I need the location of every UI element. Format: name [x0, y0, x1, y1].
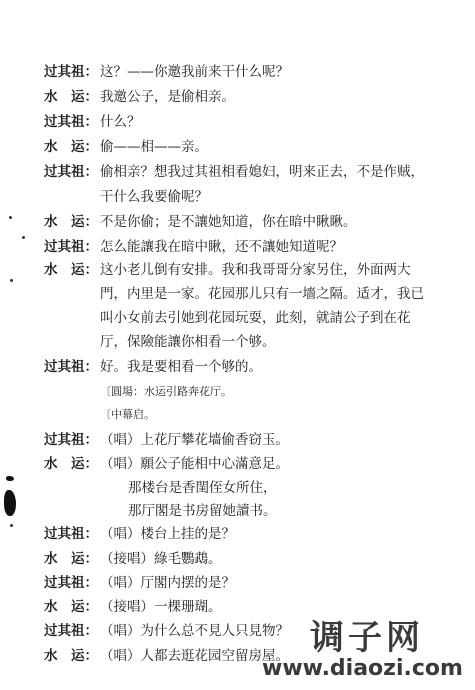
speaker-label: 过其祖：	[44, 161, 100, 183]
dialogue-line: 水 运：偷——相——亲。	[44, 136, 208, 158]
dialogue-line: 过其祖：（唱）楼台上挂的是？	[44, 523, 235, 545]
speaker-label: 过其祖：	[44, 620, 100, 642]
speaker-label: 过其祖：	[44, 572, 100, 594]
dialogue-line: 过其祖：好。我是要相看一个够的。	[44, 356, 262, 378]
dialogue-text: 这小老儿倒有安排。我和我哥哥分家另住，外面两大	[100, 259, 411, 281]
scan-blot	[6, 476, 14, 481]
dialogue-line: 水 运：这小老儿倒有安排。我和我哥哥分家另住，外面两大	[44, 259, 411, 281]
dialogue-text: 偷相亲？想我过其祖相看媳妇，明来正去，不是作贼，	[100, 161, 424, 183]
dialogue-continuation: 干什么我要偷呢？	[44, 186, 208, 208]
speaker-label: 过其祖：	[44, 523, 100, 545]
dialogue-line: 水 运：我邀公子，是偷相亲。	[44, 86, 235, 108]
scan-speck	[10, 524, 13, 527]
stage-direction-text: 〔圓場：水运引路奔花厅。	[100, 381, 232, 403]
speaker-label: 水 运：	[44, 211, 100, 233]
speaker-label: 过其祖：	[44, 356, 100, 378]
lyric-continuation: 那厅閣是书房留她讀书。	[44, 500, 277, 522]
scanned-script-page: 过其祖：这？——你邀我前来干什么呢？ 水 运：我邀公子，是偷相亲。 过其祖：什么…	[0, 0, 475, 690]
dialogue-line: 水 运：（接唱）一棵珊瑚。	[44, 596, 222, 618]
speaker-label: 水 运：	[44, 86, 100, 108]
dialogue-continuation: 叫小女前去引她到花园玩耍，此刻，就請公子到在花	[44, 307, 411, 329]
dialogue-line: 过其祖：（唱）上花厅攀花墙偷香窃玉。	[44, 429, 289, 451]
dialogue-text: （唱）为什么总不見人只見物？	[100, 620, 289, 642]
dialogue-text: 不是你偷；是不讓她知道，你在暗中瞅瞅。	[100, 211, 357, 233]
scan-blot	[4, 490, 16, 516]
dialogue-text: 怎么能讓我在暗中瞅，还不讓她知道呢？	[100, 236, 343, 258]
dialogue-text: 什么？	[100, 111, 141, 133]
dialogue-line: 过其祖：什么？	[44, 111, 141, 133]
dialogue-continuation: 門，内里是一家。花园那儿只有一墻之隔。适才，我已	[44, 283, 424, 305]
speaker-label: 过其祖：	[44, 236, 100, 258]
dialogue-text: 干什么我要偷呢？	[100, 186, 208, 208]
speaker-label: 水 运：	[44, 596, 100, 618]
dialogue-line: 水 运：（接唱）綠毛鸚鵡。	[44, 548, 222, 570]
dialogue-line: 过其祖：怎么能讓我在暗中瞅，还不讓她知道呢？	[44, 236, 343, 258]
scan-speck	[9, 216, 12, 219]
scan-speck	[22, 236, 25, 239]
lyric-continuation: 那楼台是香閨侄女所住，	[44, 477, 277, 499]
dialogue-text: （唱）願公子能相中心滿意足。	[100, 453, 289, 475]
dialogue-text: 这？——你邀我前来干什么呢？	[100, 61, 289, 83]
scan-speck	[10, 279, 13, 282]
dialogue-text: 好。我是要相看一个够的。	[100, 356, 262, 378]
speaker-label: 水 运：	[44, 548, 100, 570]
dialogue-line: 水 运：不是你偷；是不讓她知道，你在暗中瞅瞅。	[44, 211, 357, 233]
dialogue-text: （唱）上花厅攀花墙偷香窃玉。	[100, 429, 289, 451]
dialogue-text: （接唱）綠毛鸚鵡。	[100, 548, 222, 570]
speaker-label: 水 运：	[44, 259, 100, 281]
speaker-label: 过其祖：	[44, 111, 100, 133]
watermark-url: www.diaozi.com	[262, 656, 463, 681]
stage-direction-text: 〔中幕启。	[100, 404, 155, 426]
dialogue-text: （唱）人都去逛花园空留房屋。	[100, 645, 289, 667]
dialogue-text: （唱）楼台上挂的是？	[100, 523, 235, 545]
watermark-logo: 调子网	[310, 610, 424, 659]
dialogue-continuation: 厅，保險能讓你相看一个够。	[44, 331, 276, 353]
dialogue-line: 过其祖：（唱）厅閣内摆的是？	[44, 572, 235, 594]
stage-direction: 〔圓場：水运引路奔花厅。	[44, 381, 232, 403]
speaker-label: 水 运：	[44, 645, 100, 667]
dialogue-text: 叫小女前去引她到花园玩耍，此刻，就請公子到在花	[100, 307, 411, 329]
dialogue-text: （唱）厅閣内摆的是？	[100, 572, 235, 594]
dialogue-line: 过其祖：（唱）为什么总不見人只見物？	[44, 620, 289, 642]
dialogue-text: 厅，保險能讓你相看一个够。	[100, 331, 276, 353]
dialogue-text: 那厅閣是书房留她讀书。	[128, 500, 277, 522]
dialogue-line: 过其祖：偷相亲？想我过其祖相看媳妇，明来正去，不是作贼，	[44, 161, 424, 183]
dialogue-text: 門，内里是一家。花园那儿只有一墻之隔。适才，我已	[100, 283, 424, 305]
dialogue-text: 偷——相——亲。	[100, 136, 208, 158]
speaker-label: 过其祖：	[44, 61, 100, 83]
speaker-label: 水 运：	[44, 453, 100, 475]
stage-direction: 〔中幕启。	[44, 404, 155, 426]
speaker-label: 过其祖：	[44, 429, 100, 451]
dialogue-line: 过其祖：这？——你邀我前来干什么呢？	[44, 61, 289, 83]
dialogue-text: 我邀公子，是偷相亲。	[100, 86, 235, 108]
dialogue-line: 水 运：（唱）人都去逛花园空留房屋。	[44, 645, 289, 667]
dialogue-line: 水 运：（唱）願公子能相中心滿意足。	[44, 453, 289, 475]
speaker-label: 水 运：	[44, 136, 100, 158]
dialogue-text: （接唱）一棵珊瑚。	[100, 596, 222, 618]
dialogue-text: 那楼台是香閨侄女所住，	[128, 477, 277, 499]
